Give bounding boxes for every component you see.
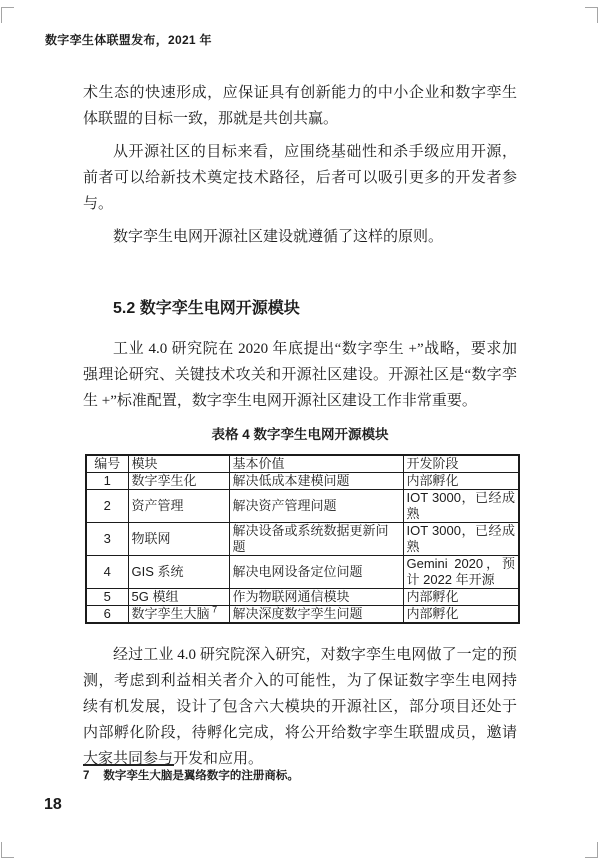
section-heading: 5.2 数字孪生电网开源模块 [113,299,517,319]
cell-no: 6 [86,606,128,624]
cell-value: 解决深度数字孪生问题 [229,606,403,624]
footnote-text: 数字孪生大脑是翼络数字的注册商标。 [103,770,299,782]
table-row: 4 GIS 系统 解决电网设备定位问题 Gemini 2020，预计 2022 … [86,556,519,589]
cell-module: GIS 系统 [128,556,229,589]
cell-stage: 内部孵化 [403,606,519,624]
crop-mark-top-left [1,7,14,23]
cell-value: 解决资产管理问题 [229,490,403,523]
paragraph: 数字孪生电网开源社区建设就遵循了这样的原则。 [83,224,517,250]
table-row: 2 资产管理 解决资产管理问题 IOT 3000，已经成熟 [86,490,519,523]
table-row: 5 5G 模组 作为物联网通信模块 内部孵化 [86,589,519,606]
crop-mark-bottom-right [585,842,598,858]
cell-no: 2 [86,490,128,523]
cell-stage: Gemini 2020，预计 2022 年开源 [403,556,519,589]
running-header: 数字孪生体联盟发布，2021 年 [45,31,212,48]
page-body: 术生态的快速形成，应保证具有创新能力的中小企业和数字孪生体联盟的目标一致，那就是… [83,80,517,779]
cell-no: 3 [86,523,128,556]
paragraph: 经过工业 4.0 研究院深入研究，对数字孪生电网做了一定的预测，考虑到利益相关者… [83,642,517,772]
cell-value: 作为物联网通信模块 [229,589,403,606]
table-header-row: 编号 模块 基本价值 开发阶段 [86,455,519,473]
paragraph-continuation: 术生态的快速形成，应保证具有创新能力的中小企业和数字孪生体联盟的目标一致，那就是… [83,80,517,132]
document-page: 数字孪生体联盟发布，2021 年 术生态的快速形成，应保证具有创新能力的中小企业… [0,0,600,863]
footnote-marker: 7 [83,769,89,783]
table-row: 3 物联网 解决设备或系统数据更新问题 IOT 3000，已经成熟 [86,523,519,556]
column-header: 编号 [86,455,128,473]
cell-value: 解决设备或系统数据更新问题 [229,523,403,556]
cell-no: 4 [86,556,128,589]
module-name: 数字孪生大脑 [132,606,210,621]
cell-no: 1 [86,473,128,490]
cell-module: 5G 模组 [128,589,229,606]
cell-value: 解决低成本建模问题 [229,473,403,490]
cell-module: 数字孪生化 [128,473,229,490]
cell-stage: IOT 3000，已经成熟 [403,523,519,556]
cell-stage: 内部孵化 [403,589,519,606]
cell-stage: 内部孵化 [403,473,519,490]
cell-module: 资产管理 [128,490,229,523]
cell-value: 解决电网设备定位问题 [229,556,403,589]
cell-module: 数字孪生大脑 7 [128,606,229,624]
open-source-modules-table: 编号 模块 基本价值 开发阶段 1 数字孪生化 解决低成本建模问题 内部孵化 2… [85,454,520,624]
page-number: 18 [44,796,62,814]
footnote-reference: 7 [212,606,217,615]
crop-mark-bottom-left [1,842,14,858]
column-header: 开发阶段 [403,455,519,473]
cell-module: 物联网 [128,523,229,556]
table-row: 1 数字孪生化 解决低成本建模问题 内部孵化 [86,473,519,490]
table-caption: 表格 4 数字孪生电网开源模块 [83,426,517,444]
crop-mark-top-right [585,7,598,23]
paragraph: 工业 4.0 研究院在 2020 年底提出“数字孪生 +”战略，要求加强理论研究… [83,336,517,414]
cell-stage: IOT 3000，已经成熟 [403,490,519,523]
footnote: 7数字孪生大脑是翼络数字的注册商标。 [83,769,299,783]
column-header: 基本价值 [229,455,403,473]
cell-no: 5 [86,589,128,606]
column-header: 模块 [128,455,229,473]
table-row: 6 数字孪生大脑 7 解决深度数字孪生问题 内部孵化 [86,606,519,624]
paragraph: 从开源社区的目标来看，应围绕基础性和杀手级应用开源，前者可以给新技术奠定技术路径… [83,139,517,217]
footnote-separator [83,764,174,766]
